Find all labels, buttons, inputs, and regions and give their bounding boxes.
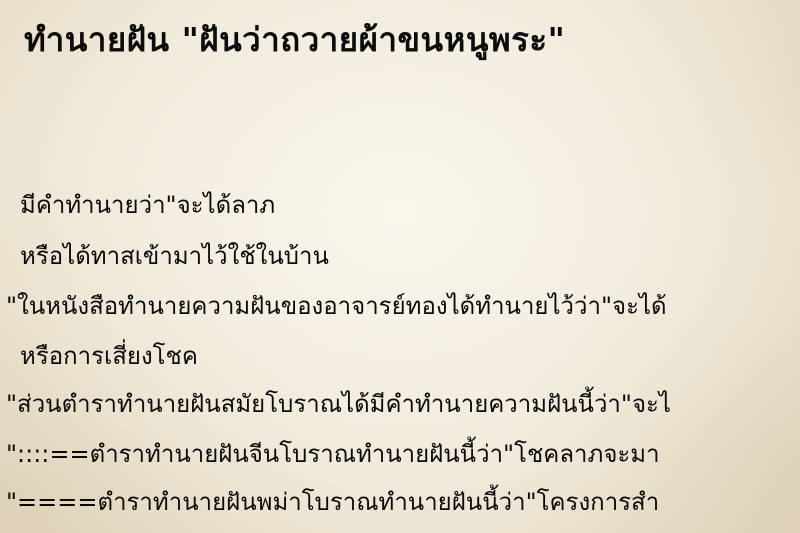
prediction-line-6: "::::==ตำราทำนายฝันจีนโบราณทำนายฝันนี้ว่… <box>6 439 660 469</box>
prediction-line-7: "====ตำราทำนายฝันพม่าโบราณทำนายฝันนี้ว่า… <box>6 487 659 517</box>
prediction-line-1: มีคำทำนายว่า"จะได้ลาภ <box>20 190 275 220</box>
prediction-line-2: หรือได้ทาสเข้ามาไว้ใช้ในบ้าน <box>20 241 329 271</box>
prediction-line-5: "ส่วนตำราทำนายฝันสมัยโบราณได้มีคำทำนายคว… <box>6 389 671 419</box>
page-title: ทำนายฝัน "ฝันว่าถวายผ้าขนหนูพระ" <box>24 22 565 58</box>
prediction-line-4: หรือการเสี่ยงโชค <box>20 341 198 371</box>
prediction-line-3: "ในหนังสือทำนายความฝันของอาจารย์ทองได้ทำ… <box>6 291 667 321</box>
